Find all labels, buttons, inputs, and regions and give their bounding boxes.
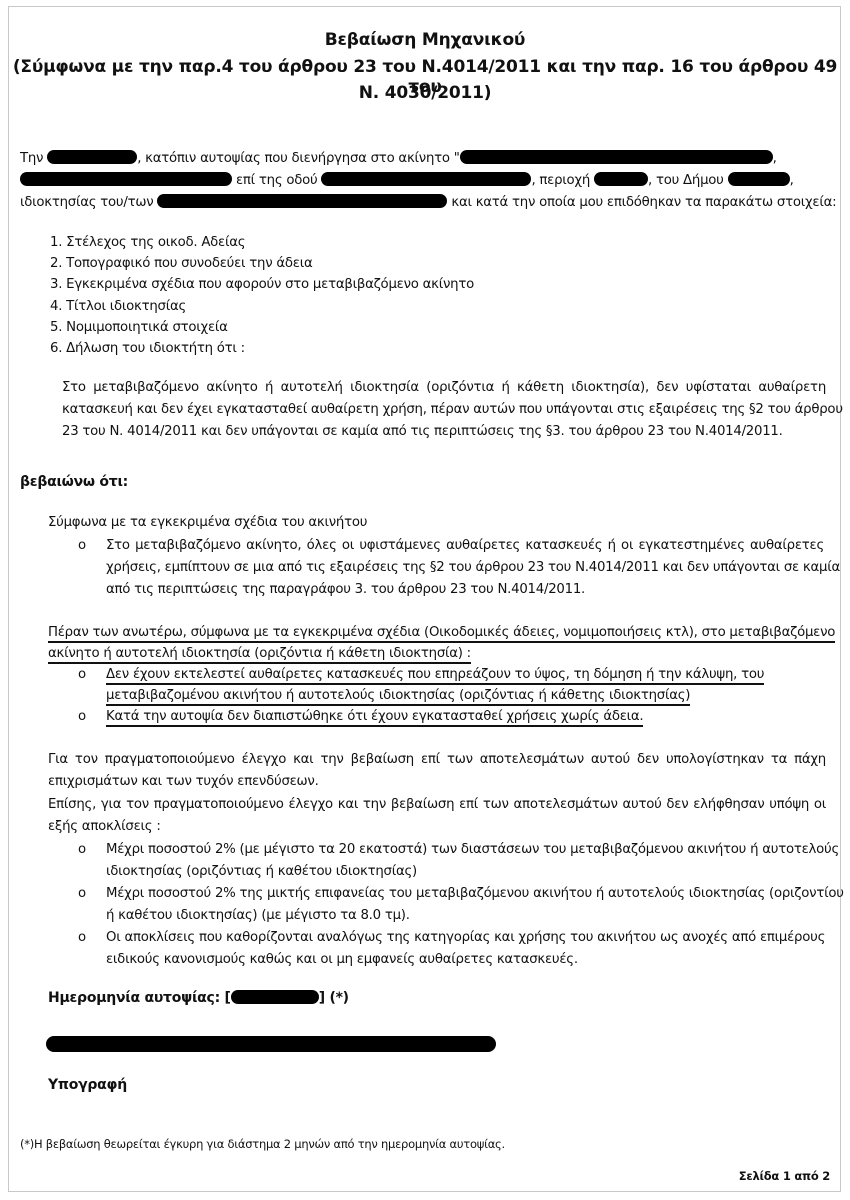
note-line: Για τον πραγματοποιούμενο έλεγχο και την… bbox=[48, 752, 826, 767]
bullet-icon: o bbox=[78, 667, 86, 682]
underlined-text: μεταβιβαζομένου ακινήτου ή αυτοτελούς ιδ… bbox=[106, 688, 690, 706]
deviation-line: Μέχρι ποσοστού 2% (με μέγιστο τα 20 εκατ… bbox=[106, 842, 824, 857]
deviation-line: ειδικούς κανονισμούς καθώς και οι μη εμφ… bbox=[106, 952, 578, 967]
bullet-line: από τις περιπτώσεις της παραγράφου 3. το… bbox=[106, 582, 585, 597]
intro-text: , του Δήμου bbox=[648, 173, 724, 188]
intro-text: ιδιοκτησίας του/των bbox=[20, 195, 153, 210]
redacted-engineer-details bbox=[46, 1036, 496, 1052]
beyond-intro-line: Πέραν των ανωτέρω, σύμφωνα με τα εγκεκρι… bbox=[48, 625, 835, 640]
intro-text: , κατόπιν αυτοψίας που διενήργησα στο ακ… bbox=[137, 151, 459, 166]
certify-heading: βεβαιώνω ότι: bbox=[20, 474, 128, 490]
deviation-line: Μέχρι ποσοστού 2% της μικτής επιφανείας … bbox=[106, 886, 824, 901]
deviation-line: ιδιοκτησίας (οριζόντιας ή καθέτου ιδιοκτ… bbox=[106, 864, 417, 879]
inspection-date: Ημερομηνία αυτοψίας: [] (*) bbox=[48, 990, 349, 1006]
intro-text: , περιοχή bbox=[531, 173, 590, 188]
intro-text: και κατά την οποία μου επιδόθηκαν τα παρ… bbox=[451, 195, 836, 210]
list-item: 6. Δήλωση του ιδιοκτήτη ότι : bbox=[50, 341, 245, 356]
bullet-icon: o bbox=[78, 886, 86, 901]
bullet-icon: o bbox=[78, 842, 86, 857]
page-indicator: Σελίδα 1 από 2 bbox=[739, 1169, 830, 1183]
redacted-property bbox=[460, 150, 773, 164]
note-line: εξής αποκλίσεις : bbox=[48, 819, 161, 834]
list-item: 5. Νομιμοποιητικά στοιχεία bbox=[50, 320, 228, 335]
inspection-date-suffix: ] (*) bbox=[319, 990, 349, 1006]
list-item: 1. Στέλεχος της οικοδ. Αδείας bbox=[50, 235, 245, 250]
bullet-icon: o bbox=[78, 538, 86, 553]
bullet-icon: o bbox=[78, 930, 86, 945]
redacted-owners bbox=[157, 194, 447, 208]
intro-text: Την bbox=[20, 151, 43, 166]
beyond-bullet-line: Δεν έχουν εκτελεστεί αυθαίρετες κατασκευ… bbox=[106, 667, 764, 682]
note-line: επιχρισμάτων και των τυχόν επενδύσεων. bbox=[48, 774, 319, 789]
list-item: 2. Τοπογραφικό που συνοδεύει την άδεια bbox=[50, 256, 312, 271]
footnote: (*)Η βεβαίωση θεωρείται έγκυρη για διάστ… bbox=[20, 1137, 505, 1151]
declaration-line: 23 του Ν. 4014/2011 και δεν υπάγονται σε… bbox=[62, 424, 783, 439]
document-subtitle-line2: Ν. 4030/2011) bbox=[0, 83, 850, 103]
deviation-line: ή καθέτου ιδιοκτησίας) (με μέγιστο τα 8.… bbox=[106, 908, 410, 923]
redacted-area bbox=[594, 172, 648, 186]
intro-line-1: Την , κατόπιν αυτοψίας που διενήργησα στ… bbox=[20, 150, 777, 166]
signature-label: Υπογραφή bbox=[48, 1077, 127, 1093]
deviation-line: Οι αποκλίσεις που καθορίζονται αναλόγως … bbox=[106, 930, 824, 945]
beyond-intro-line: ακίνητο ή αυτοτελή ιδιοκτησία (οριζόντια… bbox=[48, 646, 471, 661]
underlined-text: Δεν έχουν εκτελεστεί αυθαίρετες κατασκευ… bbox=[106, 667, 764, 685]
underlined-text: Πέραν των ανωτέρω, σύμφωνα με τα εγκεκρι… bbox=[48, 625, 835, 643]
beyond-bullet-line: Κατά την αυτοψία δεν διαπιστώθηκε ότι έχ… bbox=[106, 709, 643, 724]
redacted-municipality bbox=[728, 172, 790, 186]
intro-text: επί της οδού bbox=[236, 173, 317, 188]
beyond-bullet-line: μεταβιβαζομένου ακινήτου ή αυτοτελούς ιδ… bbox=[106, 688, 690, 703]
redacted-street bbox=[321, 172, 531, 186]
redacted-date bbox=[231, 990, 319, 1004]
bullet-icon: o bbox=[78, 709, 86, 724]
underlined-text: ακίνητο ή αυτοτελή ιδιοκτησία (οριζόντια… bbox=[48, 646, 471, 664]
bullet-line: χρήσεις, εμπίπτουν σε μια από τις εξαιρέ… bbox=[106, 560, 824, 575]
intro-line-3: ιδιοκτησίας του/των και κατά την οποία μ… bbox=[20, 194, 836, 210]
approved-plans-intro: Σύμφωνα με τα εγκεκριμένα σχέδια του ακι… bbox=[48, 515, 367, 530]
document-title: Βεβαίωση Μηχανικού bbox=[0, 30, 850, 50]
note-line: Επίσης, για τον πραγματοποιούμενο έλεγχο… bbox=[48, 797, 826, 812]
list-item: 3. Εγκεκριμένα σχέδια που αφορούν στο με… bbox=[50, 277, 474, 292]
intro-line-2: επί της οδού , περιοχή , του Δήμου , bbox=[20, 172, 794, 188]
underlined-text: Κατά την αυτοψία δεν διαπιστώθηκε ότι έχ… bbox=[106, 709, 643, 727]
intro-text: , bbox=[773, 151, 777, 166]
declaration-line: Στο μεταβιβαζόμενο ακίνητο ή αυτοτελή ιδ… bbox=[62, 380, 826, 395]
intro-text: , bbox=[790, 173, 794, 188]
redacted-name bbox=[47, 150, 137, 164]
declaration-line: κατασκευή και δεν έχει εγκατασταθεί αυθα… bbox=[62, 402, 826, 417]
redacted-property-detail bbox=[20, 172, 232, 186]
list-item: 4. Τίτλοι ιδιοκτησίας bbox=[50, 299, 186, 314]
inspection-date-label: Ημερομηνία αυτοψίας: [ bbox=[48, 990, 231, 1006]
bullet-line: Στο μεταβιβαζόμενο ακίνητο, όλες οι υφισ… bbox=[106, 538, 824, 553]
